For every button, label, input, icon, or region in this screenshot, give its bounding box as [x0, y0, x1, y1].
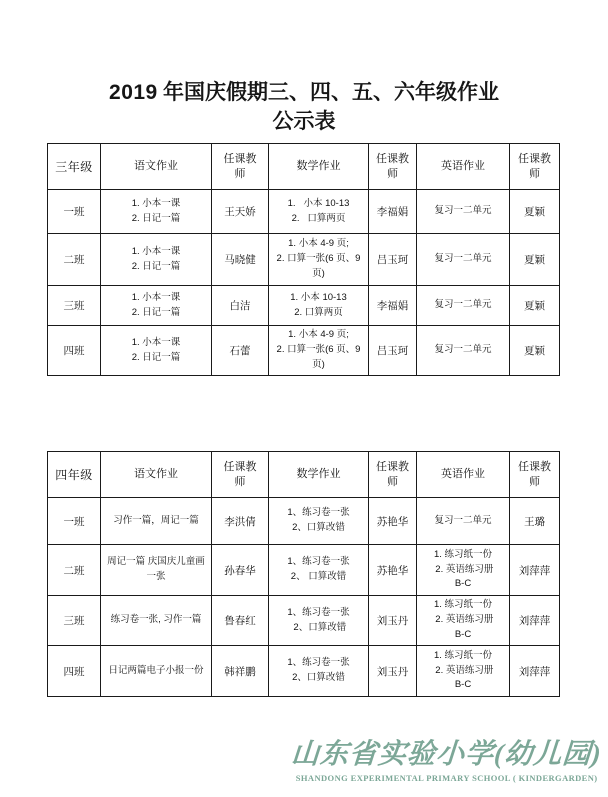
col-header-english: 英语作业 [417, 452, 510, 498]
chinese-teacher-cell: 王天娇 [212, 190, 269, 234]
grade3-homework-table: 三年级 语文作业 任课教师 数学作业 任课教师 英语作业 任课教师 一班 1. … [47, 143, 560, 376]
table-row: 三班 1. 小本一课 2. 日记一篇 白洁 1. 小本 10-13 2. 口算两… [48, 286, 560, 326]
english-homework-cell: 复习一二单元 [417, 234, 510, 286]
col-header-teacher: 任课教师 [369, 452, 417, 498]
class-cell: 四班 [48, 646, 101, 697]
table-row: 四班 日记两篇电子小报一份 韩祥鹏 1、练习卷一张 2、口算改错 刘玉丹 1. … [48, 646, 560, 697]
math-teacher-cell: 苏艳华 [369, 498, 417, 545]
english-teacher-cell: 刘萍萍 [510, 646, 560, 697]
math-teacher-cell: 刘玉丹 [369, 646, 417, 697]
table-row: 四班 1. 小本一课 2. 日记一篇 石蕾 1. 小本 4-9 页; 2. 口算… [48, 326, 560, 376]
col-header-teacher-label: 任课教师 [222, 152, 258, 182]
col-header-teacher-label: 任课教师 [516, 152, 552, 182]
math-homework-cell: 1、练习卷一张 2、口算改错 [269, 596, 369, 646]
class-cell: 二班 [48, 234, 101, 286]
document-title: 2019 年国庆假期三、四、五、六年级作业 公示表 [0, 78, 608, 135]
english-teacher-cell: 刘萍萍 [510, 596, 560, 646]
table-header-row: 四年级 语文作业 任课教师 数学作业 任课教师 英语作业 任课教师 [48, 452, 560, 498]
chinese-homework-cell: 1. 小本一课 2. 日记一篇 [101, 190, 212, 234]
english-teacher-cell: 刘萍萍 [510, 545, 560, 596]
chinese-teacher-cell: 白洁 [212, 286, 269, 326]
col-header-chinese: 语文作业 [101, 144, 212, 190]
english-teacher-cell: 王璐 [510, 498, 560, 545]
math-homework-cell: 1. 小本 10-13 2. 口算两页 [269, 286, 369, 326]
math-homework-cell: 1、练习卷一张 2、口算改错 [269, 498, 369, 545]
class-cell: 二班 [48, 545, 101, 596]
english-teacher-cell: 夏颖 [510, 234, 560, 286]
school-name-english: SHANDONG EXPERIMENTAL PRIMARY SCHOOL ( K… [291, 773, 602, 783]
chinese-homework-cell: 练习卷一张, 习作一篇 [101, 596, 212, 646]
math-teacher-cell: 苏艳华 [369, 545, 417, 596]
col-header-teacher: 任课教师 [510, 452, 560, 498]
math-homework-cell: 1. 小本 4-9 页; 2. 口算一张(6 页、9 页) [269, 234, 369, 286]
grade4-homework-table: 四年级 语文作业 任课教师 数学作业 任课教师 英语作业 任课教师 一班 习作一… [47, 451, 560, 697]
title-line1: 2019 年国庆假期三、四、五、六年级作业 [0, 78, 608, 107]
english-homework-cell: 1. 练习纸一份 2. 英语练习册 B-C [417, 646, 510, 697]
math-teacher-cell: 李福娟 [369, 286, 417, 326]
col-header-teacher: 任课教师 [212, 144, 269, 190]
col-header-math: 数学作业 [269, 452, 369, 498]
col-header-math: 数学作业 [269, 144, 369, 190]
math-homework-cell: 1. 小本 4-9 页; 2. 口算一张(6 页、9 页) [269, 326, 369, 376]
school-name-chinese: 山东省实验小学(幼儿园) [290, 738, 603, 772]
document-page: 2019 年国庆假期三、四、五、六年级作业 公示表 三年级 语文作业 任课教师 … [0, 0, 608, 797]
table-row: 二班 1. 小本一课 2. 日记一篇 马晓健 1. 小本 4-9 页; 2. 口… [48, 234, 560, 286]
table-row: 三班 练习卷一张, 习作一篇 鲁春红 1、练习卷一张 2、口算改错 刘玉丹 1.… [48, 596, 560, 646]
title-year: 2019 [109, 81, 158, 104]
col-header-teacher-label: 任课教师 [374, 152, 410, 182]
chinese-homework-cell: 1. 小本一课 2. 日记一篇 [101, 286, 212, 326]
grade-label: 三年级 [48, 144, 101, 190]
math-teacher-cell: 刘玉丹 [369, 596, 417, 646]
col-header-teacher-label: 任课教师 [374, 460, 410, 490]
col-header-teacher: 任课教师 [212, 452, 269, 498]
grade-label: 四年级 [48, 452, 101, 498]
chinese-teacher-cell: 孙春华 [212, 545, 269, 596]
chinese-homework-cell: 日记两篇电子小报一份 [101, 646, 212, 697]
chinese-homework-cell: 1. 小本一课 2. 日记一篇 [101, 234, 212, 286]
class-cell: 一班 [48, 190, 101, 234]
chinese-homework-cell: 1. 小本一课 2. 日记一篇 [101, 326, 212, 376]
english-teacher-cell: 夏颖 [510, 326, 560, 376]
table-row: 二班 周记一篇 庆国庆儿童画一张 孙春华 1、练习卷一张 2、 口算改错 苏艳华… [48, 545, 560, 596]
class-cell: 一班 [48, 498, 101, 545]
english-homework-cell: 复习一二单元 [417, 286, 510, 326]
math-homework-cell: 1. 小本 10-13 2. 口算两页 [269, 190, 369, 234]
table-row: 一班 习作一篇，周记一篇 李洪倩 1、练习卷一张 2、口算改错 苏艳华 复习一二… [48, 498, 560, 545]
school-logo: 山东省实验小学(幼儿园) SHANDONG EXPERIMENTAL PRIMA… [291, 738, 602, 783]
chinese-teacher-cell: 马晓健 [212, 234, 269, 286]
col-header-english: 英语作业 [417, 144, 510, 190]
english-homework-cell: 1. 练习纸一份 2. 英语练习册 B-C [417, 545, 510, 596]
math-teacher-cell: 吕玉珂 [369, 234, 417, 286]
col-header-teacher: 任课教师 [369, 144, 417, 190]
chinese-teacher-cell: 石蕾 [212, 326, 269, 376]
chinese-teacher-cell: 韩祥鹏 [212, 646, 269, 697]
english-homework-cell: 1. 练习纸一份 2. 英语练习册 B-C [417, 596, 510, 646]
chinese-homework-cell: 周记一篇 庆国庆儿童画一张 [101, 545, 212, 596]
english-teacher-cell: 夏颖 [510, 190, 560, 234]
table-header-row: 三年级 语文作业 任课教师 数学作业 任课教师 英语作业 任课教师 [48, 144, 560, 190]
chinese-teacher-cell: 李洪倩 [212, 498, 269, 545]
english-homework-cell: 复习一二单元 [417, 326, 510, 376]
title-text: 年国庆假期三、四、五、六年级作业 [158, 80, 499, 104]
english-homework-cell: 复习一二单元 [417, 498, 510, 545]
class-cell: 三班 [48, 286, 101, 326]
math-homework-cell: 1、练习卷一张 2、口算改错 [269, 646, 369, 697]
col-header-teacher-label: 任课教师 [516, 460, 552, 490]
class-cell: 三班 [48, 596, 101, 646]
chinese-teacher-cell: 鲁春红 [212, 596, 269, 646]
class-cell: 四班 [48, 326, 101, 376]
table-row: 一班 1. 小本一课 2. 日记一篇 王天娇 1. 小本 10-13 2. 口算… [48, 190, 560, 234]
col-header-teacher-label: 任课教师 [222, 460, 258, 490]
chinese-homework-cell: 习作一篇，周记一篇 [101, 498, 212, 545]
math-teacher-cell: 李福娟 [369, 190, 417, 234]
math-teacher-cell: 吕玉珂 [369, 326, 417, 376]
col-header-teacher: 任课教师 [510, 144, 560, 190]
english-homework-cell: 复习一二单元 [417, 190, 510, 234]
title-line2: 公示表 [0, 107, 608, 135]
col-header-chinese: 语文作业 [101, 452, 212, 498]
english-teacher-cell: 夏颖 [510, 286, 560, 326]
math-homework-cell: 1、练习卷一张 2、 口算改错 [269, 545, 369, 596]
